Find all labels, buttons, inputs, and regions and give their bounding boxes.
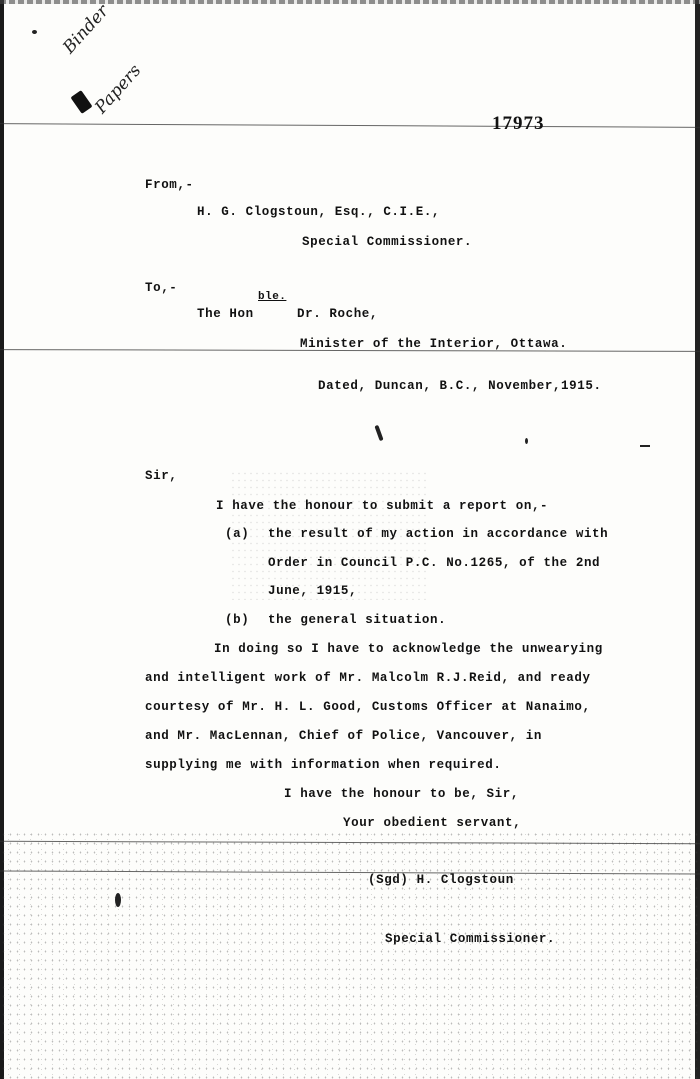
- recipient-honorific: The Hon: [197, 308, 254, 321]
- signature: (Sgd) H. Clogstoun: [368, 874, 514, 887]
- handwritten-word: Papers: [92, 61, 145, 117]
- recipient-title: Minister of the Interior, Ottawa.: [300, 338, 567, 351]
- to-label: To,-: [145, 282, 177, 295]
- item-b-line: the general situation.: [268, 614, 446, 627]
- document-page: Binder Papers 17973 From,- H. G. Clogsto…: [0, 0, 700, 1079]
- item-marker-b: (b): [225, 614, 249, 627]
- sender-name: H. G. Clogstoun, Esq., C.I.E.,: [197, 206, 440, 219]
- ink-blot: [70, 90, 92, 114]
- scan-noise: [0, 830, 700, 1079]
- item-a-line: Order in Council P.C. No.1265, of the 2n…: [268, 557, 600, 570]
- signature-title: Special Commissioner.: [385, 933, 555, 946]
- document-number: 17973: [492, 113, 545, 135]
- handwritten-note: Papers: [92, 61, 145, 117]
- item-a-line: June, 1915,: [268, 585, 357, 598]
- speck: [115, 893, 121, 907]
- speck: [525, 438, 528, 444]
- scan-edge-top: [0, 0, 700, 4]
- body-line: supplying me with information when requi…: [145, 759, 501, 772]
- closing-line: Your obedient servant,: [343, 817, 521, 830]
- body-line: In doing so I have to acknowledge the un…: [214, 643, 603, 656]
- dateline: Dated, Duncan, B.C., November,1915.: [318, 380, 602, 393]
- item-a-line: the result of my action in accordance wi…: [268, 528, 608, 541]
- body-line: courtesy of Mr. H. L. Good, Customs Offi…: [145, 701, 591, 714]
- from-label: From,-: [145, 179, 194, 192]
- speck: [640, 445, 650, 447]
- handwritten-note: Binder: [60, 2, 113, 58]
- speck: [32, 30, 37, 34]
- recipient-superscript: ble.: [258, 291, 286, 303]
- salutation: Sir,: [145, 470, 177, 483]
- intro-line: I have the honour to submit a report on,…: [216, 500, 548, 513]
- closing-line: I have the honour to be, Sir,: [284, 788, 519, 801]
- handwritten-word: Binder: [60, 2, 113, 58]
- item-marker-a: (a): [225, 528, 249, 541]
- body-line: and intelligent work of Mr. Malcolm R.J.…: [145, 672, 591, 685]
- recipient-name: Dr. Roche,: [297, 308, 378, 321]
- fold-line: [0, 123, 700, 128]
- speck: [374, 425, 383, 441]
- body-line: and Mr. MacLennan, Chief of Police, Vanc…: [145, 730, 542, 743]
- sender-title: Special Commissioner.: [302, 236, 472, 249]
